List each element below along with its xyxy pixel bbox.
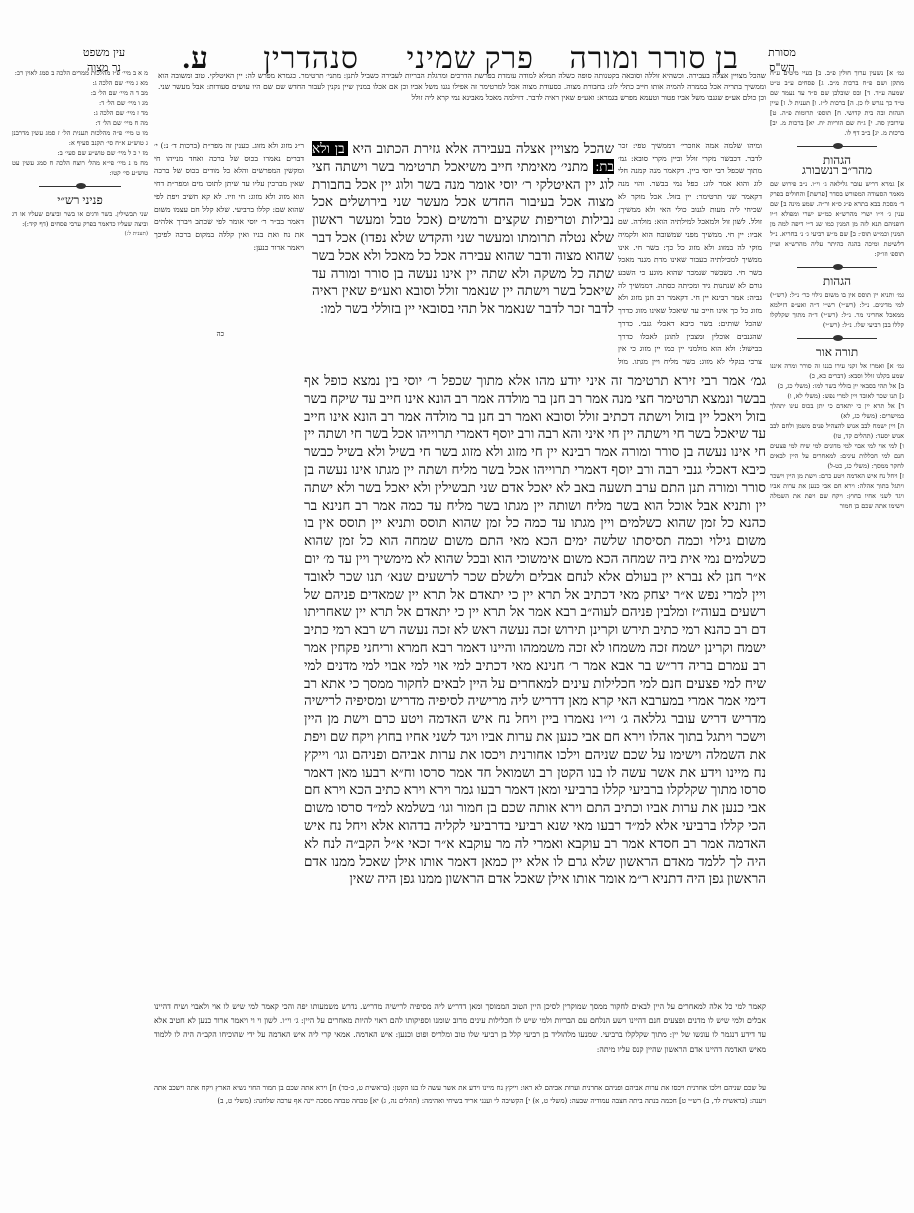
ein-mishpat-entry: מח מ נ מיי׳ פי״א מהל׳ רוצח הלכה ח סמג עש… [12,158,148,178]
masoret-text: גמ׳ א] נשעין ערוך חולין פ״ב. ב] בעיי מיט… [770,68,904,138]
tosafot-left-column: ר״ג מזוג ולא מזוג. כענין זה מפר״ת (ברכות… [154,140,304,340]
torah-or-entry: ב] אל תהי בסבאי יין בזללי בשר למו: (משלי… [770,381,904,391]
rashi-text: ומיהו שלמה אמה אוזכרי׳ דממשיך טפי: זכר ל… [618,140,762,368]
mishna-intro: שהכל מצויין אצלה בעבירה אלא גזירת הכתוב … [312,140,614,318]
torah-or-entry: ו] למי אוי למי אבוי למי מדונים למי שיח ל… [770,441,904,471]
torah-or-title: תורה אור [770,347,904,357]
torah-or-entry: גמ׳ א] ואמרו אל זקני עירו בננו זה סורר ו… [770,361,904,381]
ornament-divider [797,338,877,339]
haggahot-maharab-title: הגהות מהר״ב רנשבורג [770,155,904,175]
penei-rashi-title: פניני רש״י [12,195,148,205]
gemara-text: גמ׳ אמר רבי זירא תרטימר זה איני יודע מהו… [304,372,766,888]
page-marker: כה [217,330,224,338]
ein-mishpat-entry: מא ג מיי׳ שם הלכה ג: [12,78,148,88]
torah-or-entry: ד] אל תרא יין כי יתאדם כי יתן בכוס עינו … [770,401,904,421]
ein-mishpat-entry: מד ז מיי׳ שם הלכה ג: [12,108,148,118]
commentary-top-text: שהכל מצויין אצלה בעבירה. וכשהיא זוללה וס… [158,71,766,102]
haggahot-title: הגהות [770,276,904,286]
ornament-divider [39,186,121,187]
right-margin-column: גמ׳ א] נשעין ערוך חולין פ״ב. ב] בעיי מיט… [770,68,904,511]
ein-mishpat-entry: מב ד ה מיי׳ שם הל׳ ב: [12,88,148,98]
ein-mishpat-entry: מז י כ ל מיי׳ שם טוש״ע שם סעי׳ ב: [12,148,148,158]
haggahot-text: גמ׳ ותניא יין תוסס אין בו משום גילוי כר׳… [770,290,904,330]
ein-mishpat-entry: מ א ב מיי׳ פ״ז מהלכות ממרים הלכה ב סמג ל… [12,68,148,78]
ornament-divider [797,146,877,147]
ein-mishpat-entry: מג ו מיי׳ שם הל׳ ד: [12,98,148,108]
ornament-divider [797,267,877,268]
haggahot-maharab-text: א] גמרא דריש עובר גלילאה ג׳ וי״ו. נ״ב פי… [770,179,904,259]
mishna-text: מתני׳ מאימתי חייב משיאכל תרטימר בשר וישת… [312,159,614,316]
rashi-bottom-block: קאמר למי כל אלה למאחרים על היין לבאים לח… [154,1000,766,1078]
ein-mishpat-entry: מו ט מיי׳ פ״ה מהלכות תענית הל׳ ז סמג עשי… [12,128,148,148]
penei-rashi-ref: (תענית ל:) [12,229,148,239]
ein-mishpat-entry: מה ח מיי׳ שם הל׳ ד: [12,118,148,128]
ein-mishpat-column: מ א ב מיי׳ פ״ז מהלכות ממרים הלכה ב סמג ל… [12,68,148,239]
torah-or-entry: ג] תנו שכר לאובד ויין למרי נפש: (משלי לא… [770,391,904,401]
tosafot-left-text: ר״ג מזוג ולא מזוג. כענין זה מפר״ת (ברכות… [154,140,304,254]
torah-or-bottom-text: על שכם שניהם וילכו אחרנית ויכסו את ערות … [154,1082,766,1107]
commentary-top-block: שהכל מצויין אצלה בעבירה. וכשהיא זוללה וס… [158,70,766,104]
torah-or-entry: ה] ויין ישמח לבב אנוש להצהיל פנים משמן ו… [770,421,904,441]
torah-or-bottom-block: על שכם שניהם וילכו אחרנית ויכסו את ערות … [154,1082,766,1107]
torah-or-entry: ז] ויחל נח איש האדמה ויטע כרם: וישת מן ה… [770,471,904,511]
gemara-column: גמ׳ אמר רבי זירא תרטימר זה איני יודע מהו… [304,372,766,888]
rashi-commentary-column: ומיהו שלמה אמה אוזכרי׳ דממשיך טפי: זכר ל… [618,140,762,368]
penei-rashi-text: שני תבשילין. בשר ודגים או בשר וביצים שעל… [12,209,148,229]
rashi-bottom-text: קאמר למי כל אלה למאחרים על היין לבאים לח… [154,1000,766,1057]
main-text-column: שהכל מצויין אצלה בעבירה אלא גזירת הכתוב … [312,140,614,318]
